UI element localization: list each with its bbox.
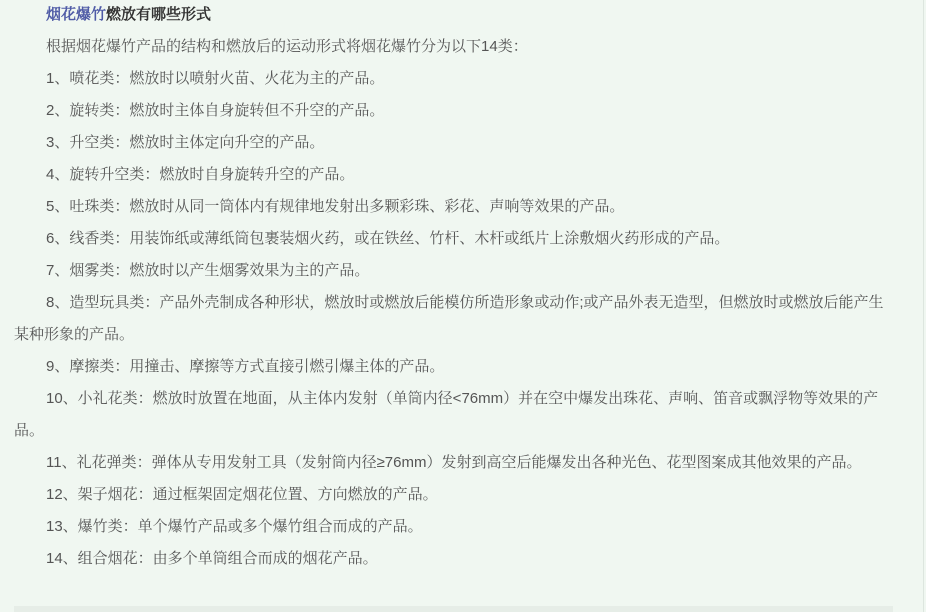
list-item: 1、喷花类：燃放时以喷射火苗、火花为主的产品。 (14, 63, 894, 95)
page: 烟花爆竹燃放有哪些形式 根据烟花爆竹产品的结构和燃放后的运动形式将烟花爆竹分为以… (0, 0, 926, 612)
list-item: 10、小礼花类：燃放时放置在地面，从主体内发射（单筒内径<76mm）并在空中爆发… (14, 383, 894, 447)
title-link[interactable]: 烟花爆竹 (46, 6, 106, 23)
list-item: 5、吐珠类：燃放时从同一筒体内有规律地发射出多颗彩珠、彩花、声响等效果的产品。 (14, 191, 894, 223)
list-item: 3、升空类：燃放时主体定向升空的产品。 (14, 127, 894, 159)
intro-paragraph: 根据烟花爆竹产品的结构和燃放后的运动形式将烟花爆竹分为以下14类： (14, 31, 894, 63)
list-item: 13、爆竹类：单个爆竹产品或多个爆竹组合而成的产品。 (14, 511, 894, 543)
article-content: 烟花爆竹燃放有哪些形式 根据烟花爆竹产品的结构和燃放后的运动形式将烟花爆竹分为以… (14, 0, 894, 575)
bottom-divider (14, 606, 893, 612)
list-item: 6、线香类：用装饰纸或薄纸筒包裹装烟火药，或在铁丝、竹杆、木杆或纸片上涂敷烟火药… (14, 223, 894, 255)
right-border (923, 0, 924, 612)
list-item: 14、组合烟花：由多个单筒组合而成的烟花产品。 (14, 543, 894, 575)
title-rest: 燃放有哪些形式 (106, 6, 211, 23)
list-item: 12、架子烟花：通过框架固定烟花位置、方向燃放的产品。 (14, 479, 894, 511)
list-item: 11、礼花弹类：弹体从专用发射工具（发射筒内径≥76mm）发射到高空后能爆发出各… (14, 447, 894, 479)
list-item: 7、烟雾类：燃放时以产生烟雾效果为主的产品。 (14, 255, 894, 287)
list-item: 8、造型玩具类：产品外壳制成各种形状，燃放时或燃放后能模仿所造形象或动作;或产品… (14, 287, 894, 351)
list-item: 2、旋转类：燃放时主体自身旋转但不升空的产品。 (14, 95, 894, 127)
list-item: 9、摩擦类：用撞击、摩擦等方式直接引燃引爆主体的产品。 (14, 351, 894, 383)
list-item: 4、旋转升空类：燃放时自身旋转升空的产品。 (14, 159, 894, 191)
article-title: 烟花爆竹燃放有哪些形式 (14, 0, 894, 31)
